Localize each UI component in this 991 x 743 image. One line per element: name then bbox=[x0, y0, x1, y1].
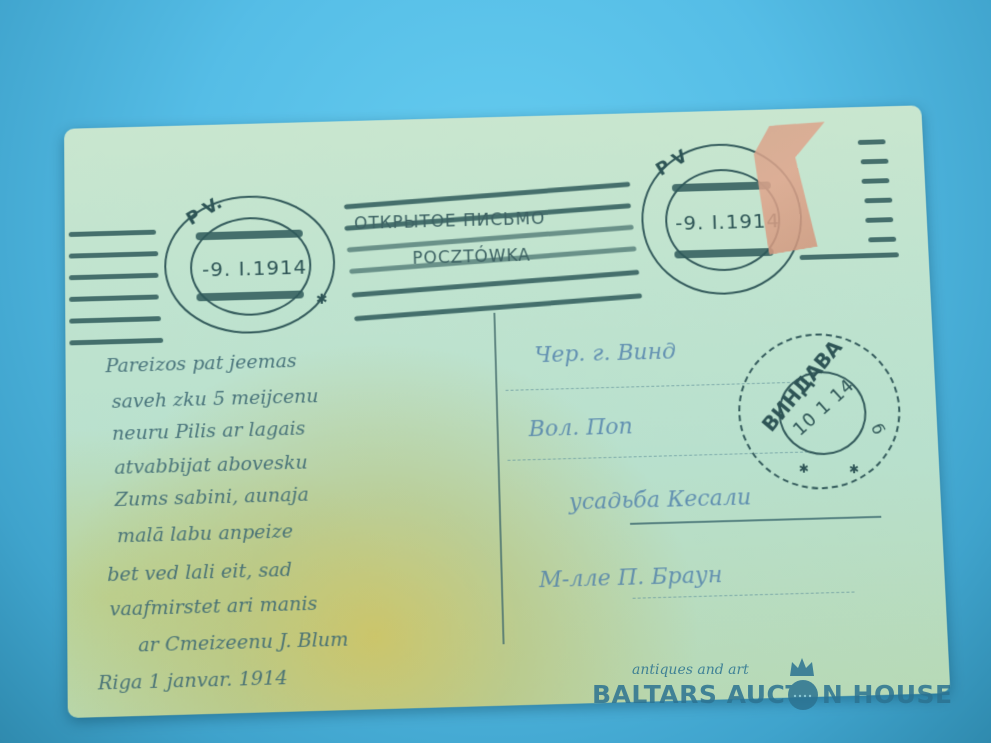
photo-scene: ОТКРЫТОЕ ПИСЬМО POCZTÓWKA P V. -9. I.191… bbox=[0, 0, 991, 743]
message-line: ar Cmeizeenu J. Blum bbox=[138, 628, 349, 656]
message-line: malā labu anpeize bbox=[117, 520, 293, 547]
star-icon: ✱ bbox=[849, 462, 860, 476]
watermark-brand: BALTARS AUCTI N HOUSE bbox=[592, 680, 953, 709]
message-line: vaafmirstet ari manis bbox=[109, 592, 317, 620]
left-postmark: P V. -9. I.1914 ✱ bbox=[164, 193, 337, 335]
address-line: усадьба Кесали bbox=[569, 485, 752, 515]
address-line: М-лле П. Браун bbox=[539, 563, 723, 594]
star-icon: ✱ bbox=[316, 292, 328, 308]
left-postmark-date: -9. I.1914 bbox=[202, 255, 307, 282]
star-icon: ✱ bbox=[798, 461, 809, 475]
header-russian: ОТКРЫТОЕ ПИСЬМО bbox=[354, 209, 546, 234]
message-line: atvabbijat abovesku bbox=[114, 451, 308, 478]
message-line: saveh zku 5 meijcenu bbox=[112, 385, 319, 413]
message-line: Riga 1 janvar. 1914 bbox=[98, 667, 288, 695]
postcard: ОТКРЫТОЕ ПИСЬМО POCZTÓWKA P V. -9. I.191… bbox=[64, 105, 950, 718]
watermark-tagline: antiques and art bbox=[632, 662, 749, 678]
crown-icon bbox=[788, 656, 816, 678]
arrival-postmark-suffix: б bbox=[867, 421, 888, 437]
header-polish: POCZTÓWKA bbox=[412, 246, 531, 269]
arrival-postmark: ВИНДАВА 10 1 14 б ✱ ✱ bbox=[735, 331, 904, 491]
top-right-postmark-town: P V bbox=[652, 146, 691, 180]
message-line: Pareizos pat jeemas bbox=[105, 350, 296, 377]
message-line: bet ved lali eit, sad bbox=[107, 559, 292, 586]
address-line: Чер. г. Винд bbox=[534, 339, 676, 368]
globe-logo-icon bbox=[786, 678, 820, 712]
message-line: neuru Pilis ar lagais bbox=[112, 417, 306, 444]
message-line: Zums sabini, aunaja bbox=[115, 483, 309, 511]
address-line: Вол. Поп bbox=[528, 414, 633, 442]
address-divider bbox=[493, 313, 504, 644]
